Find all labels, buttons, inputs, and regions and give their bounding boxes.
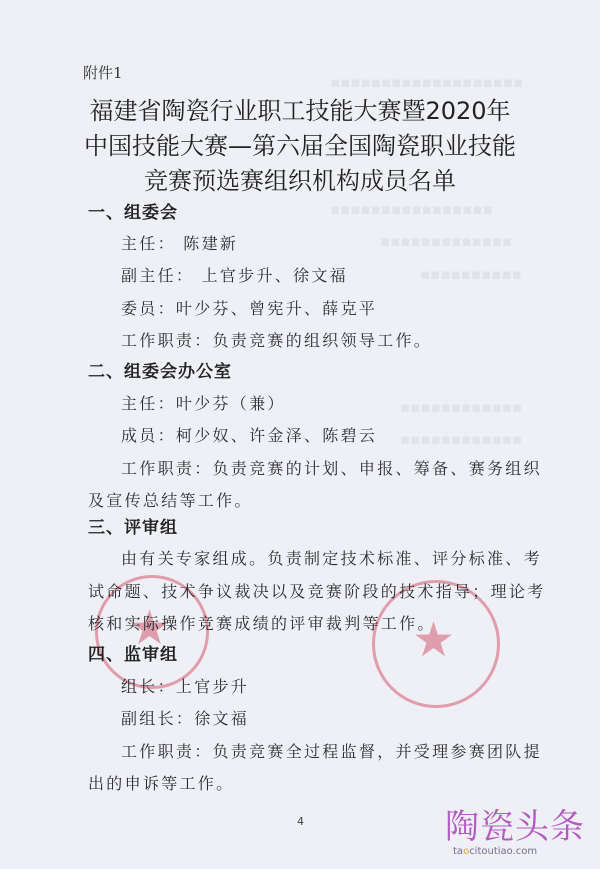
section-line: 核和实际操作竞赛成绩的评审裁判等工作。 [88,611,436,634]
watermark-url: taocitoutiao.com [453,846,595,857]
section-line: 主任：叶少芬（兼） [121,391,286,414]
bleed-through-text: ▪▪▪▪▪▪▪▪▪▪▪▪ [400,398,522,416]
bleed-through-text: ▪▪▪▪▪▪▪▪▪▪▪▪▪▪▪▪▪▪▪ [330,73,523,91]
section-line: 出的申诉等工作。 [88,771,234,794]
section-heading-supervision-group: 四、监审组 [88,640,178,665]
section-line: 工作职责：负责竞赛的组织领导工作。 [121,328,432,351]
section-line: 委员：叶少芬、曾宪升、薛克平 [121,296,377,319]
bleed-through-text: ▪▪▪▪▪▪▪▪▪▪ [420,265,522,283]
bleed-through-text: ▪▪▪▪▪▪▪▪▪▪▪▪▪▪▪▪ [330,200,493,218]
section-heading-review-group: 三、评审组 [88,513,178,538]
section-line: 工作职责：负责竞赛全过程监督，并受理参赛团队提 [121,739,542,762]
document-title-line-3: 竞赛预选赛组织机构成员名单 [0,161,600,196]
section-heading-committee-office: 二、组委会办公室 [88,357,232,382]
watermark-url-part: citoutiao.com [469,846,537,857]
page-number: 4 [297,815,304,828]
section-line: 副主任： 上官步升、徐文福 [121,263,348,286]
section-line: 主任： 陈建新 [121,231,238,254]
section-line: 成员：柯少奴、许金泽、陈碧云 [121,423,377,446]
document-title-line-2: 中国技能大赛—第六届全国陶瓷职业技能 [0,126,600,161]
document-title-line-1: 福建省陶瓷行业职工技能大赛暨2020年 [0,91,600,126]
watermark-logo: 陶瓷头条 taocitoutiao.com [445,808,595,857]
section-line: 及宣传总结等工作。 [88,488,253,511]
watermark-url-part: ta [453,846,463,857]
attachment-label: 附件1 [83,62,123,83]
section-line: 组长：上官步升 [121,674,249,697]
bleed-through-text: ▪▪▪▪▪▪▪▪▪▪▪▪ [400,430,522,448]
section-line: 试命题、技术争议裁决以及竞赛阶段的技术指导；理论考 [88,579,546,602]
bleed-through-text: ▪▪▪▪▪▪▪▪▪▪▪▪▪ [380,232,512,250]
section-heading-organizing-committee: 一、组委会 [88,198,178,223]
section-line: 由有关专家组成。负责制定技术标准、评分标准、考 [121,546,542,569]
section-line: 工作职责：负责竞赛的计划、申报、筹备、赛务组织 [121,456,542,479]
section-line: 副组长：徐文福 [121,706,249,729]
watermark-logo-text: 陶瓷头条 [445,808,595,846]
